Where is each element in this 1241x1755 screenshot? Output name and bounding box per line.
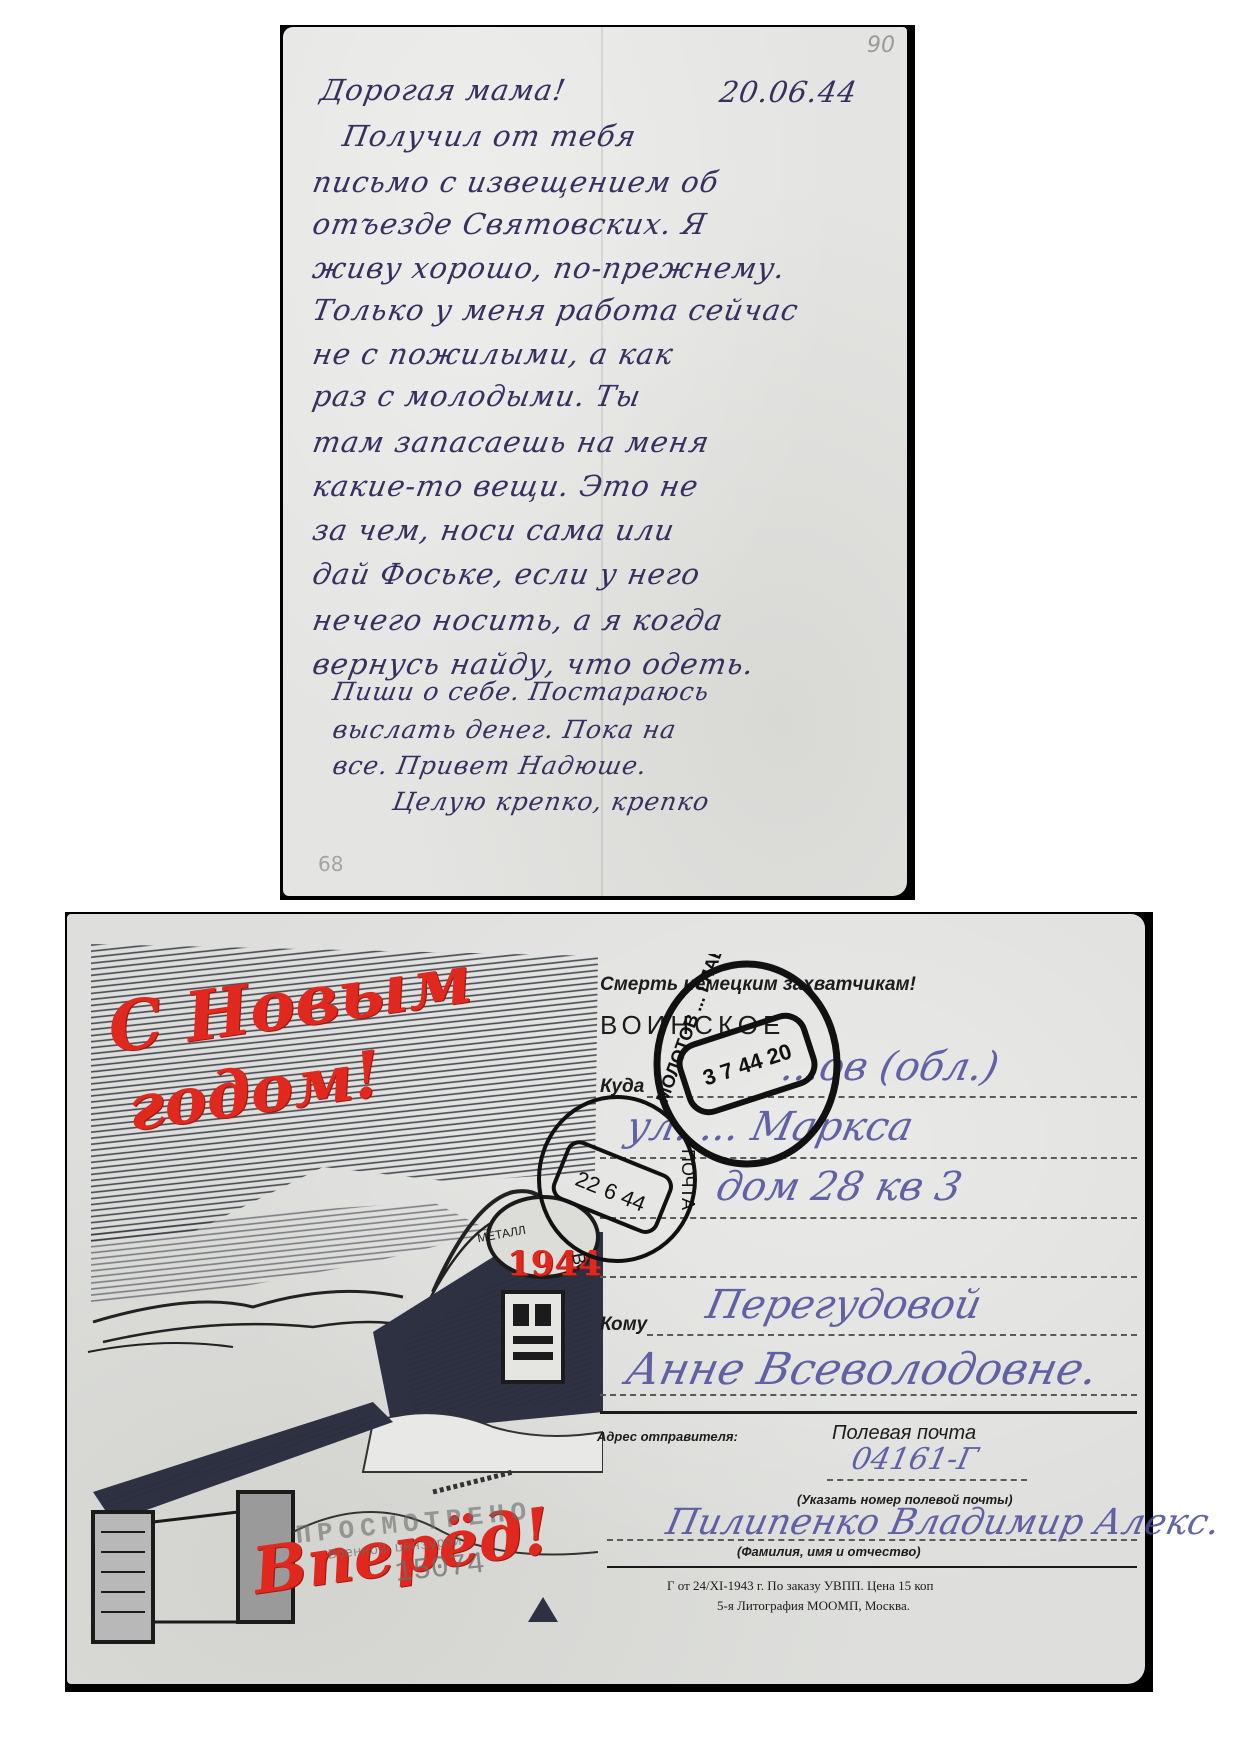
letter-line: не с пожилыми, а как	[310, 337, 676, 371]
letter-line: Целую крепко, крепко	[390, 787, 712, 816]
recipient-handwritten-2: Анне Всеволодовне.	[622, 1344, 1103, 1395]
letter-line: там запасаешь на меня	[310, 425, 712, 459]
letter-line: Пиши о себе. Постараюсь	[330, 677, 711, 706]
letter-line: вернусь найду, что одеть.	[310, 647, 757, 681]
sender-label: Адрес отправителя:	[597, 1429, 738, 1444]
sheet-number: 68	[318, 852, 343, 876]
sender-name-line	[607, 1539, 1137, 1541]
imprint-line-2: 5-я Литография МООМП, Москва.	[717, 1598, 910, 1614]
svg-text:ПОЧТА: ПОЧТА	[678, 1149, 698, 1210]
recipient-line-1	[647, 1334, 1137, 1336]
bottom-divider	[607, 1566, 1137, 1568]
letter-date: 20.06.44	[717, 75, 860, 109]
letter-line: живу хорошо, по-прежнему.	[310, 251, 788, 285]
postmark-field-post: 22 6 44 ПОЧТА В	[532, 1089, 702, 1264]
letter-line: нечего носить, а я когда	[310, 603, 726, 637]
svg-text:В: В	[568, 1251, 590, 1264]
archive-number: 90	[867, 33, 895, 58]
salutation: Дорогая мама!	[318, 73, 569, 107]
letter-line: Получил от тебя	[340, 119, 639, 153]
letter-line: выслать денег. Пока на	[330, 715, 679, 744]
letter-line: раз с молодыми. Ты	[310, 379, 644, 413]
divider-line	[600, 1411, 1137, 1414]
letter-line: письмо с извещением об	[310, 165, 722, 199]
letter-line: Только у меня работа сейчас	[310, 293, 801, 327]
imprint-line-1: Г от 24/XI-1943 г. По заказу УВПП. Цена …	[667, 1578, 934, 1594]
letter-line: дай Фоське, если у него	[310, 557, 703, 591]
svg-text:3 7 44 20: 3 7 44 20	[700, 1038, 795, 1090]
letter-line: все. Привет Надюше.	[330, 751, 649, 780]
to-whom-label: Кому	[600, 1314, 647, 1336]
letter-paper: 90 Дорогая мама! 20.06.44 Получил от теб…	[283, 27, 907, 896]
letter-line: отъезде Святовских. Я	[310, 207, 710, 241]
letter-line: какие-то вещи. Это не	[310, 469, 702, 503]
sender-name-hint: (Фамилия, имя и отчество)	[737, 1544, 921, 1559]
field-post-number: 04161-Г	[848, 1442, 981, 1477]
letter-card: 90 Дорогая мама! 20.06.44 Получил от теб…	[280, 25, 915, 900]
field-post-line	[827, 1479, 1027, 1481]
recipient-handwritten-1: Перегудовой	[702, 1282, 986, 1328]
address-line-4	[600, 1276, 1137, 1278]
sender-name: Пилипенко Владимир Алекс.	[663, 1502, 1224, 1543]
letter-line: за чем, носи сама или	[310, 513, 678, 547]
